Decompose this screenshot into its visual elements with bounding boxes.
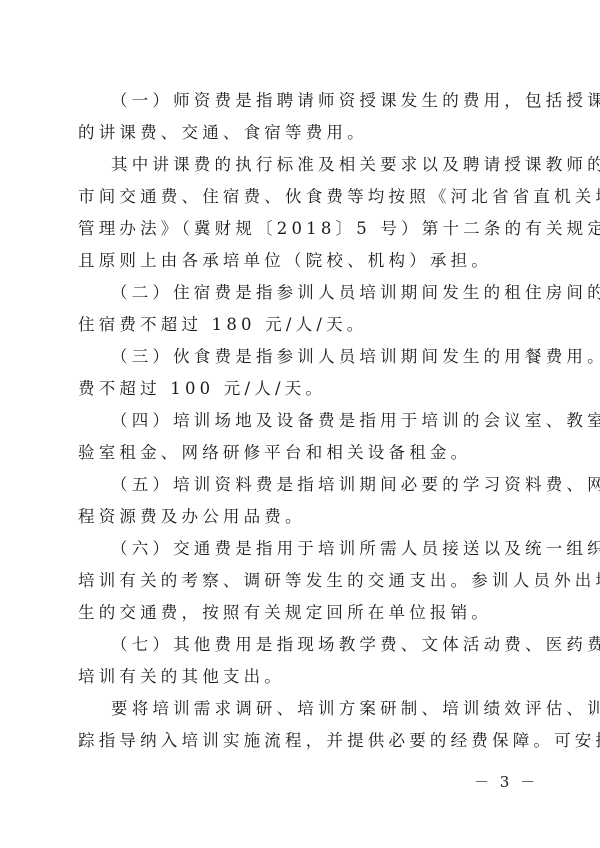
text-line: （二）住宿费是指参训人员培训期间发生的租住房间的费用。 <box>78 277 524 309</box>
text-line: 培训有关的其他支出。 <box>78 661 524 693</box>
page-number: － 3 － <box>474 770 538 794</box>
text-line: （四）培训场地及设备费是指用于培训的会议室、教室或实 <box>78 405 524 437</box>
body-text: （一）师资费是指聘请师资授课发生的费用，包括授课教师 的讲课费、交通、食宿等费用… <box>78 85 524 757</box>
text-line: （五）培训资料费是指培训期间必要的学习资料费、网络课 <box>78 469 524 501</box>
text-line: 培训有关的考察、调研等发生的交通支出。参训人员外出培训发 <box>78 565 524 597</box>
text-line: 的讲课费、交通、食宿等费用。 <box>78 117 524 149</box>
text-line: 管理办法》（冀财规〔2018〕5 号）第十二条的有关规定执行， <box>78 213 524 245</box>
document-page: （一）师资费是指聘请师资授课发生的费用，包括授课教师 的讲课费、交通、食宿等费用… <box>0 0 600 848</box>
text-line: 生的交通费，按照有关规定回所在单位报销。 <box>78 597 524 629</box>
text-line: 验室租金、网络研修平台和相关设备租金。 <box>78 437 524 469</box>
text-line: 其中讲课费的执行标准及相关要求以及聘请授课教师的城 <box>78 149 524 181</box>
text-line: 市间交通费、住宿费、伙食费等均按照《河北省省直机关培训费 <box>78 181 524 213</box>
text-line: 要将培训需求调研、培训方案研制、培训绩效评估、训后跟 <box>78 693 524 725</box>
text-line: 程资源费及办公用品费。 <box>78 501 524 533</box>
text-line: （七）其他费用是指现场教学费、文体活动费、医药费等与 <box>78 629 524 661</box>
text-line: （三）伙食费是指参训人员培训期间发生的用餐费用。伙食 <box>78 341 524 373</box>
text-line: 踪指导纳入培训实施流程，并提供必要的经费保障。可安排必要 <box>78 725 524 757</box>
text-line: 且原则上由各承培单位（院校、机构）承担。 <box>78 245 524 277</box>
text-line: 住宿费不超过 180 元/人/天。 <box>78 309 524 341</box>
text-line: 费不超过 100 元/人/天。 <box>78 373 524 405</box>
text-line: （一）师资费是指聘请师资授课发生的费用，包括授课教师 <box>78 85 524 117</box>
text-line: （六）交通费是指用于培训所需人员接送以及统一组织的与 <box>78 533 524 565</box>
